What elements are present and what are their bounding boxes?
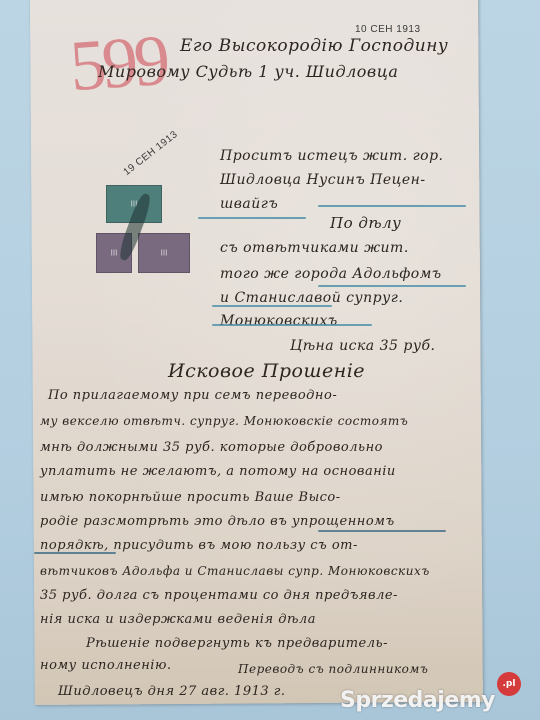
petitioner-line-7: и Станиславой супруг. [220,290,403,306]
body-line: мнѣ должными 35 руб. которые добровольно [40,440,383,455]
body-line: нія иска и издержками веденія дѣла [40,612,316,627]
body-line: По прилагаемому при семъ переводно- [48,388,337,403]
petitioner-line-4: По дѣлу [330,214,401,232]
address-line-2: Мировому Судьѣ 1 уч. Шидловца [98,62,398,81]
body-line: 35 руб. долга съ процентами со дня предъ… [40,588,398,603]
body-line: порядкѣ, присудить въ мою пользу съ от- [40,538,358,553]
watermark-logo: Sprzedajemy [340,688,495,713]
body-line: му векселю отвѣтч. супруг. Монюковскіе с… [40,414,408,428]
underline [318,530,446,532]
petitioner-line-8: Монюковскихъ [220,313,338,329]
body-line: имѣю покорнѣйше просить Ваше Высо- [40,490,341,505]
body-line: ному исполненію. [40,658,172,673]
petitioner-line-3: швайгъ [220,196,278,212]
body-line: вѣтчиковъ Адольфа и Станиславы супр. Мон… [40,564,430,578]
petitioner-line-1: Проситъ истецъ жит. гор. [220,148,444,164]
underline [212,305,332,307]
body-line: Рѣшеніе подвергнуть къ предваритель- [86,636,388,651]
underline [34,552,116,554]
signature-date-line: Шидловецъ дня 27 авг. 1913 г. [58,684,285,699]
address-line-1: Его Высокородію Господину [180,36,448,56]
document-title: Исковое Прошеніе [168,360,365,382]
body-line: Переводъ съ подлинникомъ [238,662,428,676]
underline [318,285,466,287]
date-stamp-top: 10 СЕН 1913 [355,24,421,35]
petitioner-line-6: того же города Адольфомъ [220,266,442,282]
watermark-badge: .pl [497,672,521,696]
underline [318,205,466,207]
underline [212,324,372,326]
body-line: уплатить не желаютъ, а потому на основан… [40,464,396,479]
revenue-stamp-violet-2: III [138,233,190,273]
claim-value: Цѣна иска 35 руб. [290,338,435,354]
body-line: родіе разсмотрѣть это дѣло въ упрощенном… [40,514,395,529]
petitioner-line-2: Шидловца Нусинъ Пецен- [220,172,426,188]
underline [198,217,306,219]
petitioner-line-5: съ отвѣтчиками жит. [220,240,409,256]
